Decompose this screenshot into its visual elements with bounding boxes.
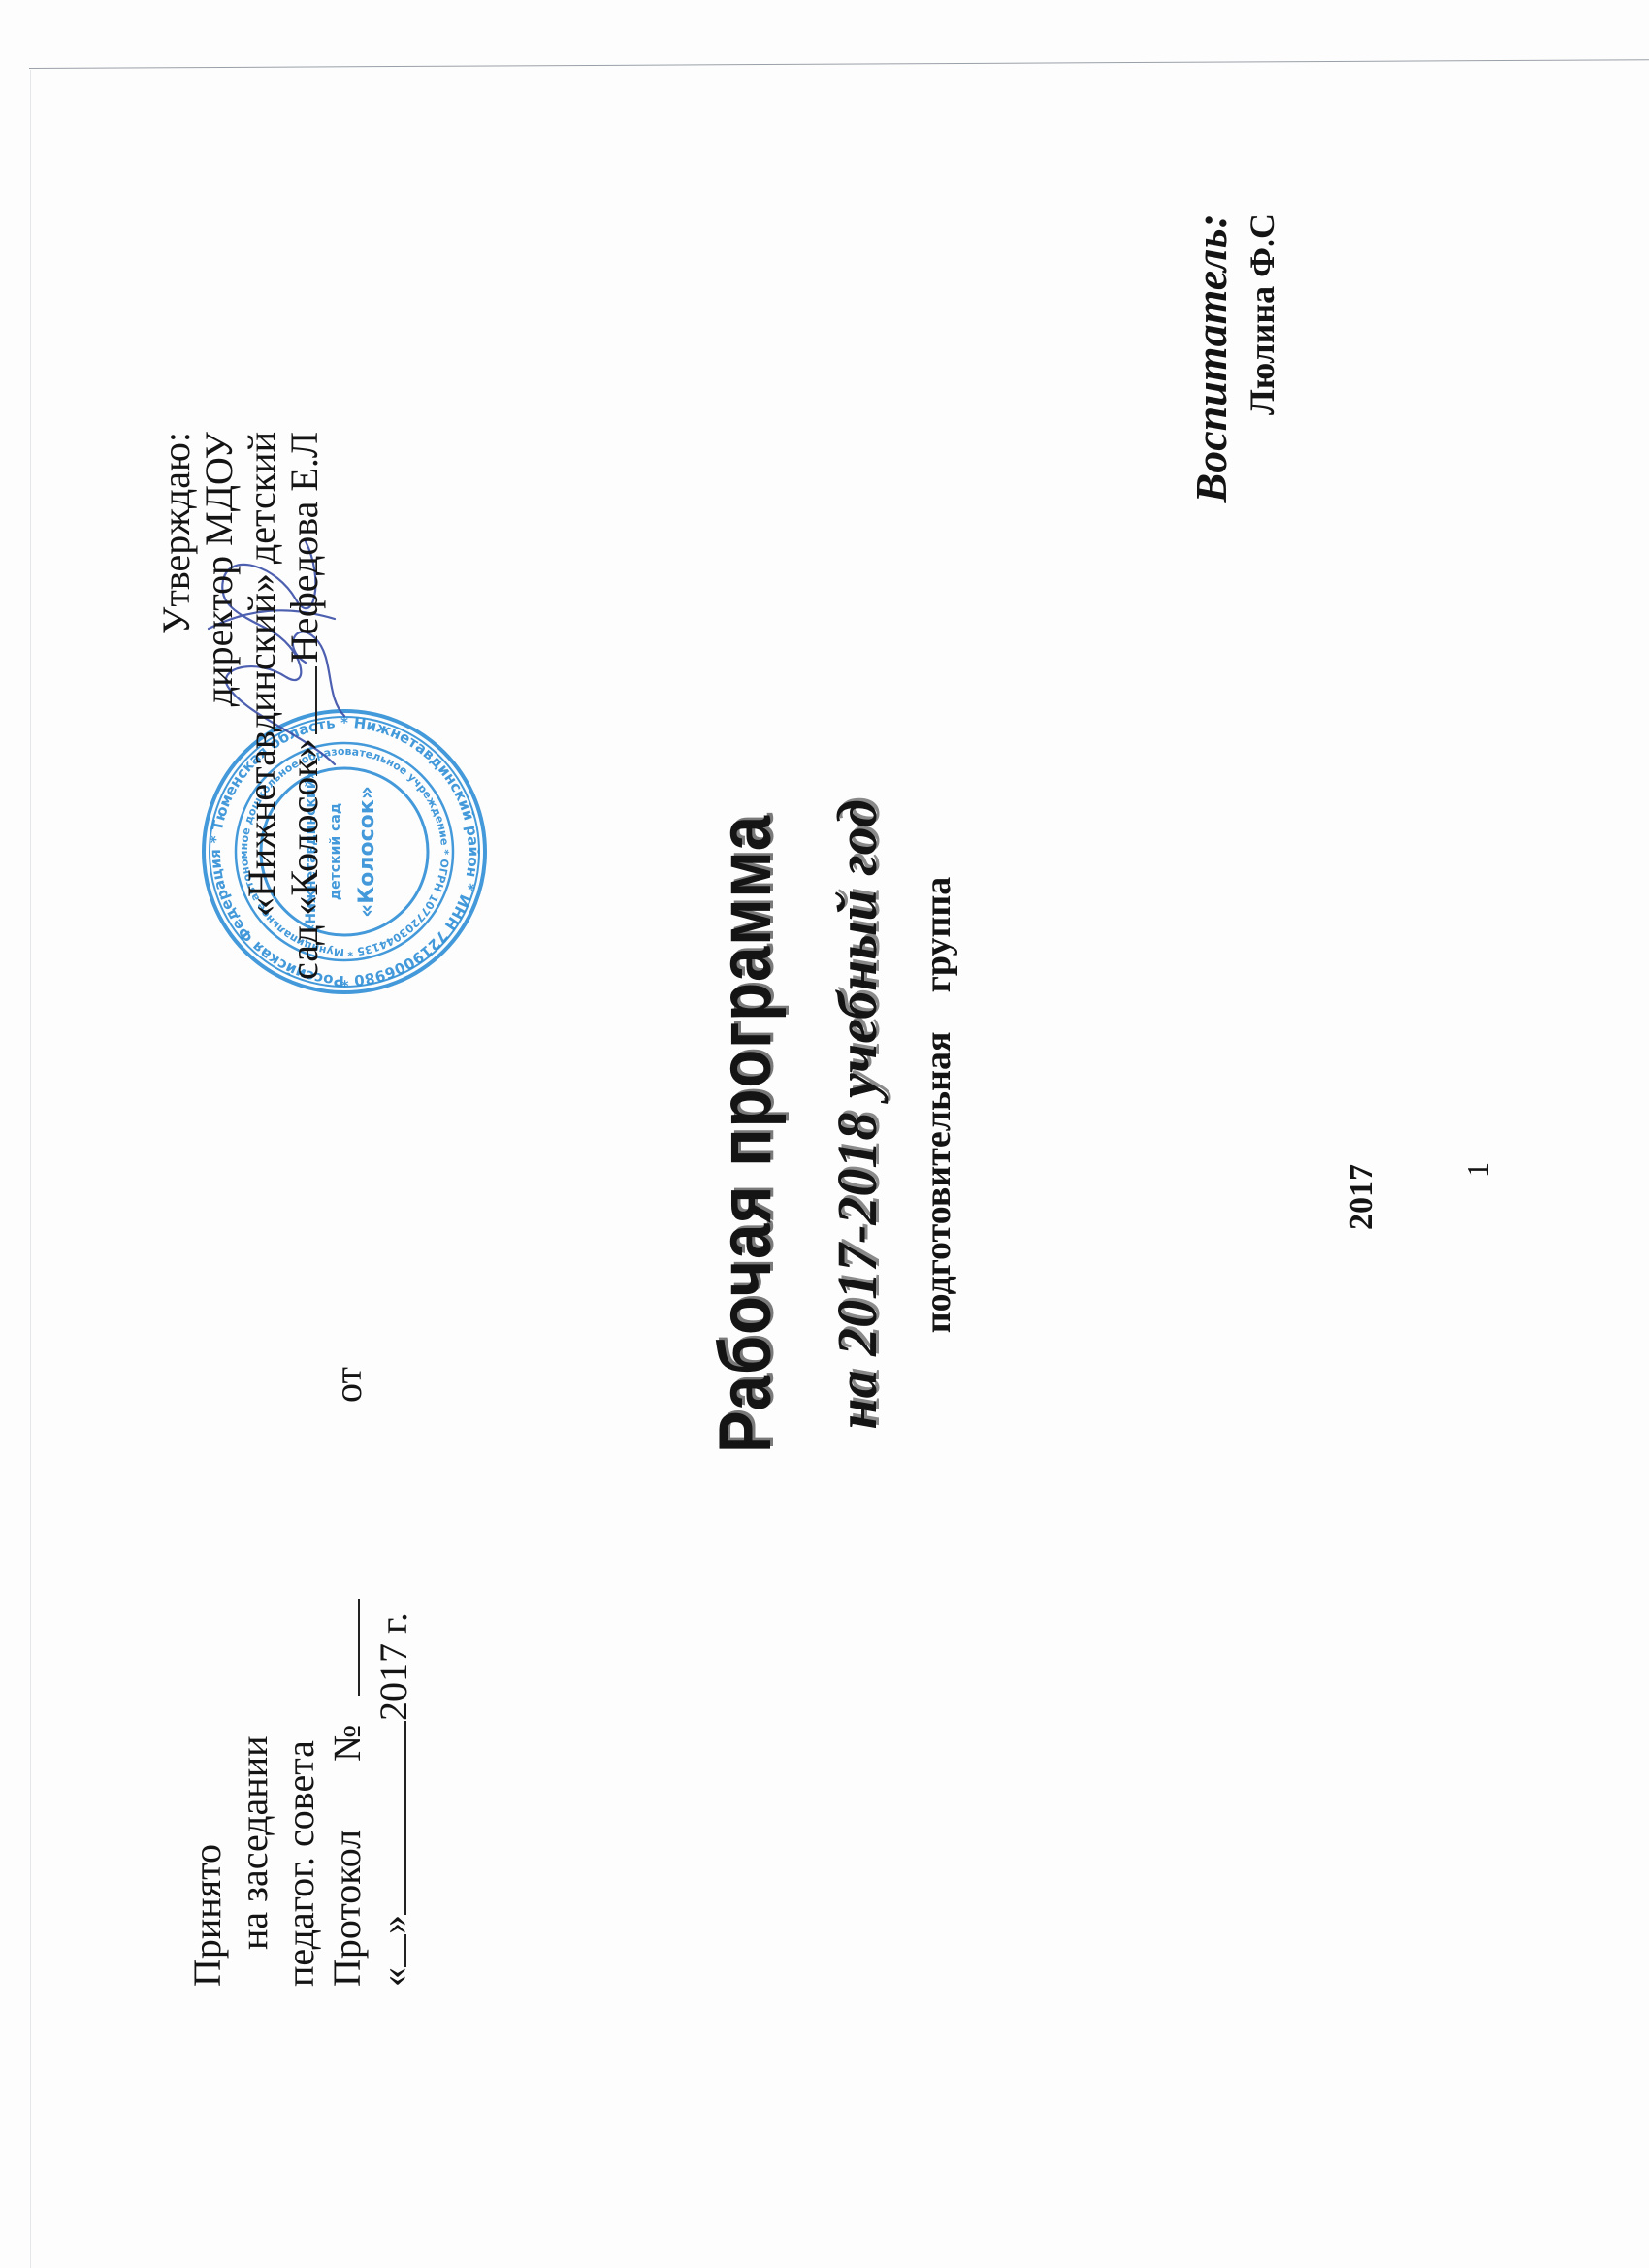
scanned-page: Принято на заседании педагог. совета Про… [0,0,1649,2268]
close-quote: » [372,1915,415,1934]
number-sign: № [325,1725,369,1762]
approved-line-2: директор МДОУ [198,432,241,980]
educator-label: Воспитатель: [1185,213,1237,502]
protocol-number-blank [329,1599,360,1696]
approved-line-4: сад «Колосок»Нефедова Е.Л [283,432,326,980]
group-word-1: подготовительная [918,1031,958,1333]
kindergarten-name: сад «Колосок» [282,738,326,980]
accepted-line-3: педагог. совета [277,1599,324,1987]
svg-text:детский сад: детский сад [328,803,343,900]
approved-line-3: «Нижнетавдинский» детский [241,432,283,980]
accepted-line-2: на заседании [231,1599,277,1987]
director-name: Нефедова Е.Л [282,432,326,663]
group-word-2: группа [918,877,958,993]
approved-block: Утверждаю: директор МДОУ «Нижнетавдински… [155,432,326,980]
document-title: Рабочая программа [703,159,788,2110]
protocol-label: Протокол [325,1830,369,1987]
date-line: «»2017 г. [371,1599,417,1987]
page-number: 1 [1460,1162,1496,1178]
educator-name: Люлина Ф.С [1242,213,1282,415]
approved-line-1: Утверждаю: [155,432,198,980]
open-quote: « [372,1967,415,1987]
day-blank [375,1934,406,1967]
svg-text:«Колосок»: «Колосок» [355,786,379,918]
accepted-block: Принято на заседании педагог. совета Про… [184,1599,417,1987]
protocol-line: Протокол № [324,1599,371,1987]
group-name: подготовительнаягруппа [917,0,959,2239]
from-label: от [325,1367,371,1403]
signature-blank [286,666,317,734]
rotated-document-sheet: Принято на заседании педагог. совета Про… [0,0,1649,2268]
date-year: 2017 г. [372,1612,415,1721]
accepted-line-1: Принято [184,1599,231,1987]
document-year: 2017 [1343,1164,1380,1230]
document-subtitle: на 2017-2018 учебный год [824,0,889,2249]
month-blank [375,1721,406,1915]
